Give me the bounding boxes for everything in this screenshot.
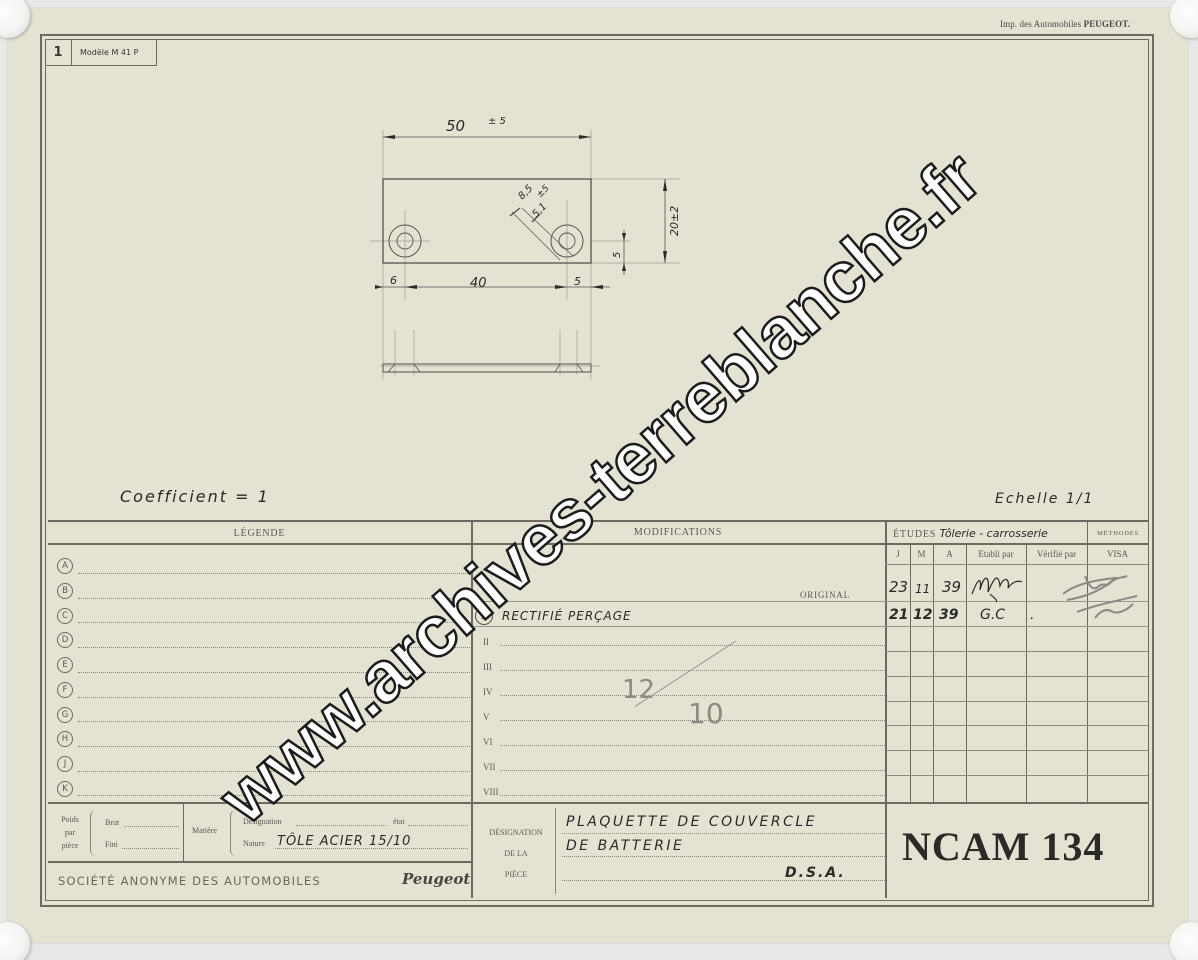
company-brand: Peugeot — [402, 870, 470, 888]
visa-signatures — [1055, 566, 1147, 624]
sheet-number: 1 — [45, 39, 72, 65]
row-line — [886, 775, 1148, 776]
matiere-bracket — [230, 810, 236, 856]
modification-5-index: V — [483, 712, 490, 722]
etudes-row-2-year: 39 — [939, 607, 958, 623]
modification-6-index: VI — [483, 737, 493, 747]
legend-line — [78, 795, 470, 796]
legend-item-h: H — [57, 731, 73, 747]
modification-4-index: IV — [483, 687, 493, 697]
modification-2-index: II — [483, 637, 489, 647]
company-name: SOCIÉTÉ ANONYME DES AUTOMOBILES — [58, 874, 321, 888]
fini-label: Fini — [105, 840, 118, 849]
legend-line — [78, 771, 470, 772]
fini-field — [122, 848, 179, 849]
row-line — [474, 601, 1148, 602]
legend-item-e: E — [57, 657, 73, 673]
row-line — [886, 676, 1148, 677]
pencil-note-bottom: 10 — [688, 697, 724, 730]
etudes-row-1-month: 11 — [915, 582, 930, 596]
designation-field — [296, 825, 386, 826]
legend-item-k: K — [57, 781, 73, 797]
row-line — [500, 795, 885, 796]
row-line — [500, 645, 885, 646]
divider-mod-etudes — [885, 520, 887, 898]
etat-label: état — [393, 817, 405, 826]
etudes-row-2-month: 12 — [913, 607, 932, 623]
model-box: 1 Modèle M 41 P — [45, 39, 157, 66]
row-line — [886, 725, 1148, 726]
original-label: ORIGINAL — [800, 590, 850, 600]
modification-3-index: III — [483, 662, 492, 672]
legend-item-c: C — [57, 608, 73, 624]
legend-item-d: D — [57, 632, 73, 648]
etat-field — [408, 825, 468, 826]
poids-label: Poids par pièce — [58, 813, 82, 852]
designation-line — [562, 856, 885, 857]
legend-line — [78, 573, 470, 574]
col-header-verifie: Vérifié par — [1026, 549, 1087, 559]
column-header-separator — [885, 564, 1148, 565]
etudes-title: ÉTUDES Tôlerie - carrosserie — [893, 527, 1048, 540]
col-divider — [910, 544, 911, 802]
divider-methodes — [1087, 520, 1088, 802]
part-number: NCAM 134 — [902, 823, 1104, 870]
poids-bracket — [90, 810, 96, 856]
modification-8-index: VIII — [483, 787, 499, 797]
legend-line — [78, 721, 470, 722]
legend-item-f: F — [57, 682, 73, 698]
brut-field — [124, 826, 179, 827]
modification-1-index: 1 — [475, 607, 493, 625]
legend-line — [78, 647, 470, 648]
printer-imprint: Imp. des Automobiles PEUGEOT. — [1000, 19, 1130, 29]
header-separator — [48, 543, 1148, 545]
legend-line — [78, 697, 470, 698]
col-header-etabli: Etabli par — [966, 549, 1026, 559]
pencil-note-top: 12 — [622, 675, 655, 705]
modifications-title: MODIFICATIONS — [471, 527, 885, 538]
piece-author: D.S.A. — [785, 865, 846, 881]
legend-item-g: G — [57, 707, 73, 723]
col-divider — [933, 544, 934, 802]
company-separator — [48, 861, 472, 863]
legend-item-j: J — [57, 756, 73, 772]
row-line — [500, 770, 885, 771]
designation-label: Désignation — [243, 817, 282, 826]
designation-piece-label: DÉSIGNATION DE LA PIÉCE — [476, 822, 556, 885]
col-header-j: J — [886, 549, 910, 559]
row-line — [886, 701, 1148, 702]
etudes-row-1-day: 23 — [889, 578, 908, 596]
row-line — [500, 670, 885, 671]
row-line — [474, 626, 1148, 627]
poids-divider — [183, 802, 184, 861]
nature-label: Nature — [243, 839, 265, 848]
nature-value: TÔLE ACIER 15/10 — [277, 834, 411, 849]
col-divider — [966, 544, 967, 802]
col-header-a: A — [933, 549, 966, 559]
designation-line — [562, 880, 885, 881]
brut-label: Brut — [105, 818, 119, 827]
nature-field — [275, 848, 468, 849]
col-header-visa: VISA — [1087, 549, 1148, 559]
matiere-label: Matière — [192, 826, 217, 835]
legend-item-a: A — [57, 558, 73, 574]
methodes-title: MÉTHODES — [1088, 530, 1148, 537]
row-line — [500, 695, 885, 696]
etudes-row-2-day: 21 — [889, 607, 908, 623]
model-label: Modèle M 41 P — [72, 39, 156, 65]
piece-name-line-1: PLAQUETTE DE COUVERCLE — [566, 814, 817, 830]
row-line — [500, 745, 885, 746]
col-header-m: M — [910, 549, 933, 559]
piece-name-line-2: DE BATTERIE — [566, 838, 684, 854]
row-line — [886, 651, 1148, 652]
etudes-row-1-year: 39 — [942, 578, 961, 596]
designation-line — [562, 833, 885, 834]
bottom-separator — [48, 802, 1148, 804]
legend-line — [78, 598, 470, 599]
etudes-row-2-etabli: G.C — [980, 607, 1005, 623]
coefficient-note: Coefficient = 1 — [120, 487, 270, 506]
row-line — [886, 750, 1148, 751]
etudes-row-2-verifie: . — [1030, 607, 1034, 623]
legend-title: LÉGENDE — [48, 528, 471, 539]
legend-line — [78, 622, 470, 623]
signature-etabli-row-1 — [968, 568, 1026, 604]
modification-1-text: RECTIFIÉ PERÇAGE — [502, 609, 632, 623]
divider-legend-mod — [471, 520, 473, 898]
department-note: Tôlerie - carrosserie — [939, 527, 1047, 540]
modification-7-index: VII — [483, 762, 496, 772]
legend-line — [78, 672, 470, 673]
col-divider — [1026, 544, 1027, 802]
legend-item-b: B — [57, 583, 73, 599]
scale-note: Echelle 1/1 — [995, 491, 1094, 507]
legend-line — [78, 746, 470, 747]
